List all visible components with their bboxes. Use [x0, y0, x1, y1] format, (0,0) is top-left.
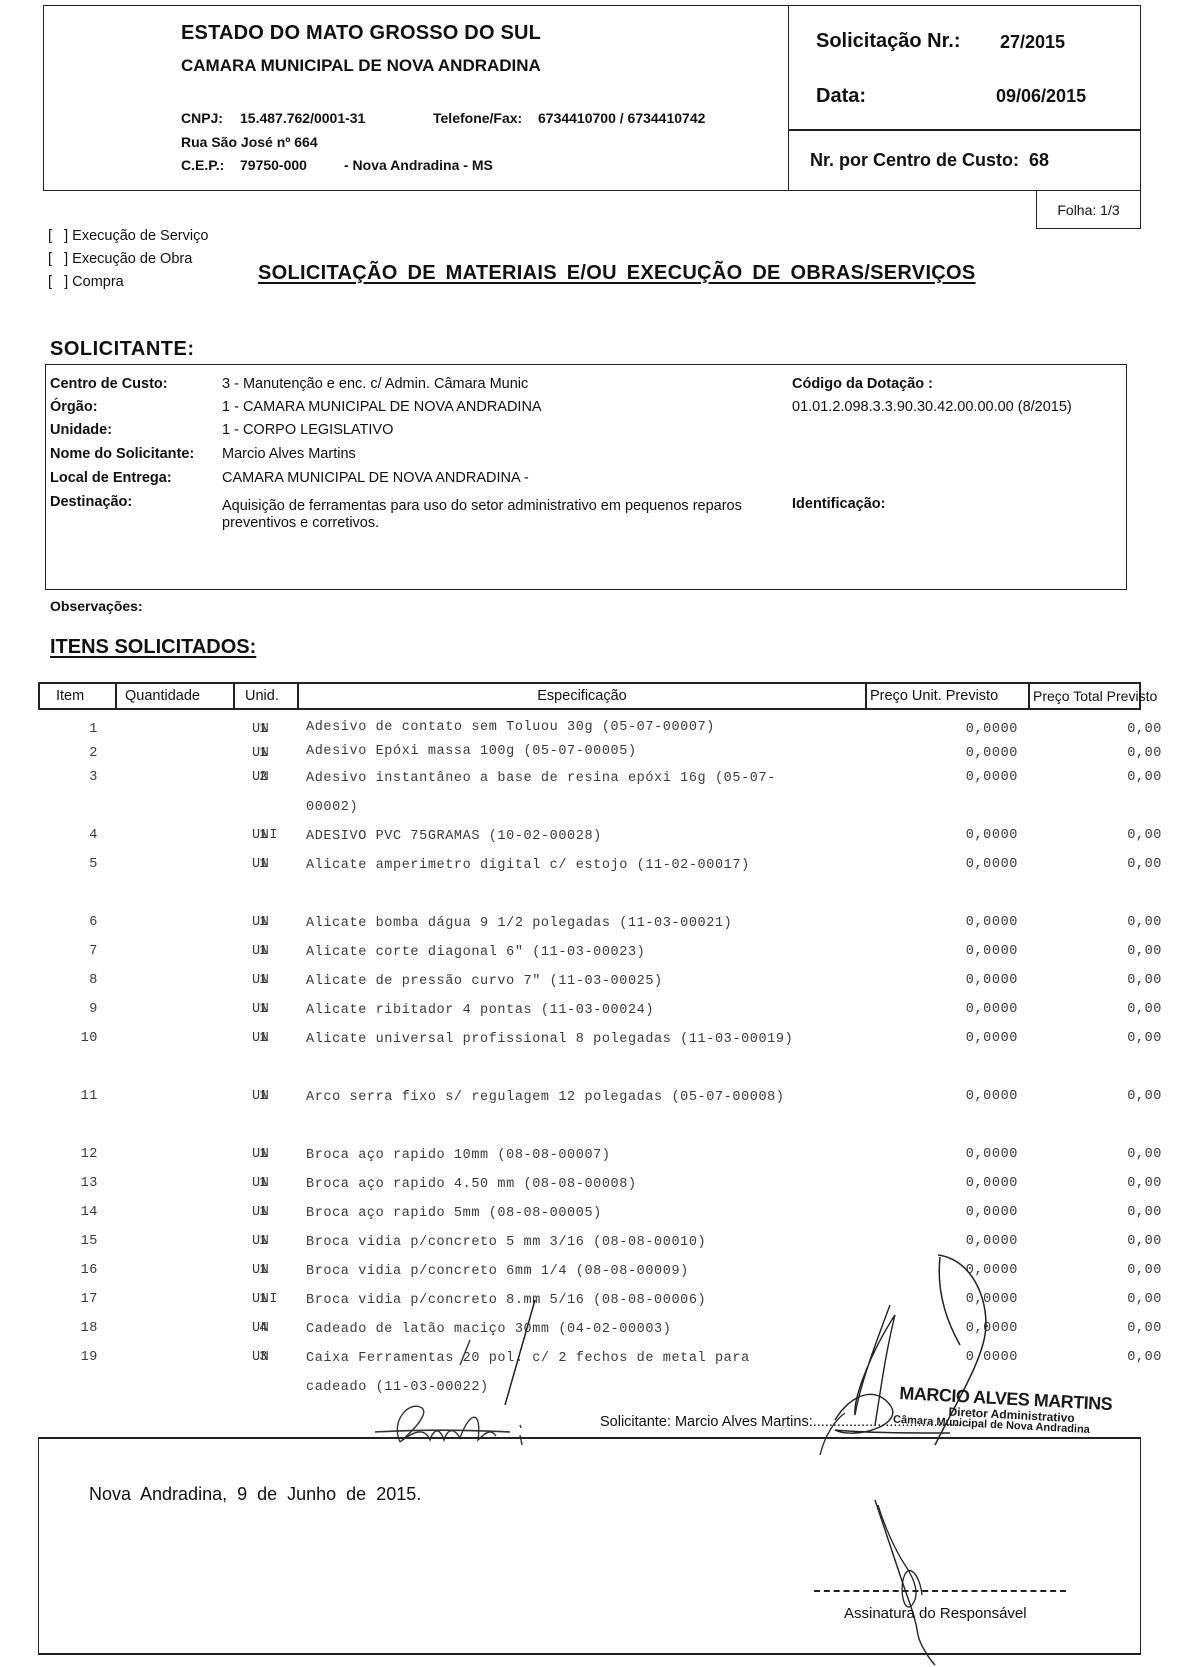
table-row: 32UNAdesivo instantâneo a base de resina… [38, 770, 1141, 828]
row-item-number: 13 [38, 1176, 98, 1191]
col-header-preco-total: Preço Total Previsto [1028, 684, 1141, 708]
checkbox-label: Execução de Obra [72, 251, 192, 267]
solicitacao-number: 27/2015 [1000, 32, 1065, 53]
row-specification: Alicate amperimetro digital c/ estojo (1… [306, 851, 806, 880]
row-item-number: 18 [38, 1321, 98, 1336]
field-label-local-entrega: Local de Entrega: [50, 470, 172, 486]
field-value-local-entrega: CAMARA MUNICIPAL DE NOVA ANDRADINA - [222, 470, 529, 486]
row-specification: Adesivo instantâneo a base de resina epó… [306, 764, 806, 822]
row-unit-price: 0,0000 [868, 746, 1018, 761]
row-unit: UN [252, 1147, 269, 1162]
row-total-price: 0,00 [1028, 1089, 1162, 1104]
row-unit: UN [252, 1263, 269, 1278]
table-row: 111UNArco serra fixo s/ regulagem 12 pol… [38, 1089, 1141, 1147]
row-item-number: 7 [38, 944, 98, 959]
col-header-especificacao: Especificação [297, 684, 865, 708]
phone-value: 6734410700 / 6734410742 [538, 110, 705, 126]
solicitante-box [45, 364, 1127, 590]
date-value: 09/06/2015 [996, 86, 1086, 107]
row-specification: Broca aço rapido 10mm (08-08-00007) [306, 1141, 806, 1170]
cep-value: 79750-000 [240, 157, 307, 173]
cnpj-label: CNPJ: [181, 110, 223, 126]
row-item-number: 8 [38, 973, 98, 988]
row-unit-price: 0,0000 [868, 1089, 1018, 1104]
row-specification: Alicate universal profissional 8 polegad… [306, 1025, 806, 1054]
pen-stroke-icon [500, 1300, 540, 1410]
field-label-centro-custo: Centro de Custo: [50, 376, 168, 392]
row-total-price: 0,00 [1028, 1205, 1162, 1220]
cost-center-value: 68 [1029, 150, 1049, 170]
row-unit: UN [252, 857, 269, 872]
row-unit: UN [252, 1321, 269, 1336]
row-total-price: 0,00 [1028, 944, 1162, 959]
address: Rua São José nº 664 [181, 134, 318, 150]
field-label-destinacao: Destinação: [50, 494, 132, 510]
state-name: ESTADO DO MATO GROSSO DO SUL [181, 22, 541, 45]
row-specification: Broca aço rapido 5mm (08-08-00005) [306, 1199, 806, 1228]
row-unit: UN [252, 770, 269, 785]
city-date: Nova Andradina, 9 de Junho de 2015. [89, 1484, 421, 1505]
row-unit-price: 0,0000 [868, 973, 1018, 988]
row-specification: Alicate corte diagonal 6" (11-03-00023) [306, 938, 806, 967]
row-unit-price: 0,0000 [868, 1234, 1018, 1249]
row-total-price: 0,00 [1028, 722, 1162, 737]
field-value-orgao: 1 - CAMARA MUNICIPAL DE NOVA ANDRADINA [222, 399, 542, 415]
row-unit: UN [252, 973, 269, 988]
row-total-price: 0,00 [1028, 1176, 1162, 1191]
field-value-nome-solicitante: Marcio Alves Martins [222, 446, 356, 462]
row-unit: UN [252, 1176, 269, 1191]
checkbox-execucao-obra[interactable]: [ ] Execução de Obra [48, 251, 192, 267]
dotacao-label: Código da Dotação : [792, 376, 933, 392]
cost-center-label: Nr. por Centro de Custo: [810, 150, 1019, 170]
field-value-destinacao: Aquisição de ferramentas para uso do set… [222, 498, 792, 532]
row-total-price: 0,00 [1028, 973, 1162, 988]
row-unit: UN [252, 944, 269, 959]
row-item-number: 14 [38, 1205, 98, 1220]
row-unit-price: 0,0000 [868, 1176, 1018, 1191]
row-specification: ADESIVO PVC 75GRAMAS (10-02-00028) [306, 822, 806, 851]
row-specification: Arco serra fixo s/ regulagem 12 polegada… [306, 1083, 806, 1112]
row-specification: Broca vidia p/concreto 6mm 1/4 (08-08-00… [306, 1257, 806, 1286]
row-item-number: 16 [38, 1263, 98, 1278]
col-header-quantidade: Quantidade [115, 684, 233, 708]
row-specification: Broca vidia p/concreto 8.mm 5/16 (08-08-… [306, 1286, 806, 1315]
row-total-price: 0,00 [1028, 828, 1162, 843]
checkbox-label: Compra [72, 274, 124, 290]
col-header-preco-unit: Preço Unit. Previsto [865, 684, 1024, 708]
row-specification: Alicate ribitador 4 pontas (11-03-00024) [306, 996, 806, 1025]
cost-center-number: Nr. por Centro de Custo: 68 [810, 150, 1049, 171]
row-unit: UNI [252, 1292, 278, 1307]
row-specification: Adesivo de contato sem Toluou 30g (05-07… [306, 716, 806, 740]
field-label-nome-solicitante: Nome do Solicitante: [50, 446, 194, 462]
row-item-number: 5 [38, 857, 98, 872]
document-title: SOLICITAÇÃO DE MATERIAIS E/OU EXECUÇÃO D… [258, 262, 976, 285]
phone-label: Telefone/Fax: [433, 110, 522, 126]
row-unit-price: 0,0000 [868, 722, 1018, 737]
identificacao-label: Identificação: [792, 496, 885, 512]
row-unit: UN [252, 915, 269, 930]
row-unit-price: 0,0000 [868, 944, 1018, 959]
row-unit-price: 0,0000 [868, 770, 1018, 785]
checkbox-compra[interactable]: [ ] Compra [48, 274, 124, 290]
row-unit-price: 0,0000 [868, 1031, 1018, 1046]
items-table-header: Item Quantidade Unid. Especificação Preç… [38, 682, 1141, 710]
col-header-item: Item [38, 684, 115, 708]
row-unit: UN [252, 1350, 269, 1365]
row-unit-price: 0,0000 [868, 1205, 1018, 1220]
field-label-unidade: Unidade: [50, 422, 112, 438]
row-specification: Adesivo Epóxi massa 100g (05-07-00005) [306, 740, 806, 764]
row-unit: UN [252, 1002, 269, 1017]
folha-label: Folha: [1057, 202, 1096, 218]
row-specification: Broca aço rapido 4.50 mm (08-08-00008) [306, 1170, 806, 1199]
row-specification: Alicate de pressão curvo 7" (11-03-00025… [306, 967, 806, 996]
page-indicator: Folha: 1/3 [1036, 191, 1141, 229]
row-item-number: 6 [38, 915, 98, 930]
row-item-number: 10 [38, 1031, 98, 1046]
row-item-number: 3 [38, 770, 98, 785]
row-unit: UN [252, 1031, 269, 1046]
row-total-price: 0,00 [1028, 1002, 1162, 1017]
field-value-unidade: 1 - CORPO LEGISLATIVO [222, 422, 393, 438]
observacoes-label: Observações: [50, 598, 143, 614]
dotacao-value: 01.01.2.098.3.3.90.30.42.00.00.00 (8/201… [792, 399, 1072, 415]
checkbox-execucao-servico[interactable]: [ ] Execução de Serviço [48, 228, 208, 244]
row-unit-price: 0,0000 [868, 828, 1018, 843]
row-total-price: 0,00 [1028, 770, 1162, 785]
field-label-orgao: Órgão: [50, 399, 98, 415]
row-item-number: 15 [38, 1234, 98, 1249]
footer-box [38, 1437, 1141, 1655]
row-total-price: 0,00 [1028, 1147, 1162, 1162]
field-value-centro-custo: 3 - Manutenção e enc. c/ Admin. Câmara M… [222, 376, 528, 392]
row-item-number: 19 [38, 1350, 98, 1365]
folha-value: 1/3 [1100, 202, 1119, 218]
cep-label: C.E.P.: [181, 157, 224, 173]
row-item-number: 9 [38, 1002, 98, 1017]
row-item-number: 1 [38, 722, 98, 737]
institution-name: CAMARA MUNICIPAL DE NOVA ANDRADINA [181, 56, 541, 76]
row-total-price: 0,00 [1028, 746, 1162, 761]
row-unit: UN [252, 1089, 269, 1104]
row-specification: Cadeado de latão maciço 30mm (04-02-0000… [306, 1315, 806, 1344]
row-item-number: 2 [38, 746, 98, 761]
row-item-number: 4 [38, 828, 98, 843]
row-unit-price: 0,0000 [868, 1002, 1018, 1017]
row-item-number: 17 [38, 1292, 98, 1307]
col-header-unid: Unid. [233, 684, 297, 708]
row-total-price: 0,00 [1028, 1031, 1162, 1046]
row-item-number: 11 [38, 1089, 98, 1104]
row-unit: UN [252, 1205, 269, 1220]
row-unit-price: 0,0000 [868, 1147, 1018, 1162]
row-specification: Broca vidia p/concreto 5 mm 3/16 (08-08-… [306, 1228, 806, 1257]
row-unit-price: 0,0000 [868, 915, 1018, 930]
row-unit: UN [252, 722, 269, 737]
city-state: - Nova Andradina - MS [344, 157, 493, 173]
table-row: 101UNAlicate universal profissional 8 po… [38, 1031, 1141, 1089]
signature-line [814, 1590, 1066, 1592]
row-unit-price: 0,0000 [868, 857, 1018, 872]
checkbox-label: Execução de Serviço [72, 228, 208, 244]
solicitante-section-title: SOLICITANTE: [50, 338, 195, 361]
row-total-price: 0,00 [1028, 857, 1162, 872]
row-specification: Alicate bomba dágua 9 1/2 polegadas (11-… [306, 909, 806, 938]
row-unit: UN [252, 746, 269, 761]
cnpj-value: 15.487.762/0001-31 [240, 110, 365, 126]
row-unit: UNI [252, 828, 278, 843]
table-row: 51UNAlicate amperimetro digital c/ estoj… [38, 857, 1141, 915]
itens-section-title: ITENS SOLICITADOS: [50, 636, 256, 659]
responsible-signature-label: Assinatura do Responsável [844, 1605, 1027, 1622]
row-total-price: 0,00 [1028, 1234, 1162, 1249]
row-item-number: 12 [38, 1147, 98, 1162]
solicitacao-label: Solicitação Nr.: [816, 30, 961, 53]
row-total-price: 0,00 [1028, 915, 1162, 930]
row-unit: UN [252, 1234, 269, 1249]
date-label: Data: [816, 85, 866, 108]
